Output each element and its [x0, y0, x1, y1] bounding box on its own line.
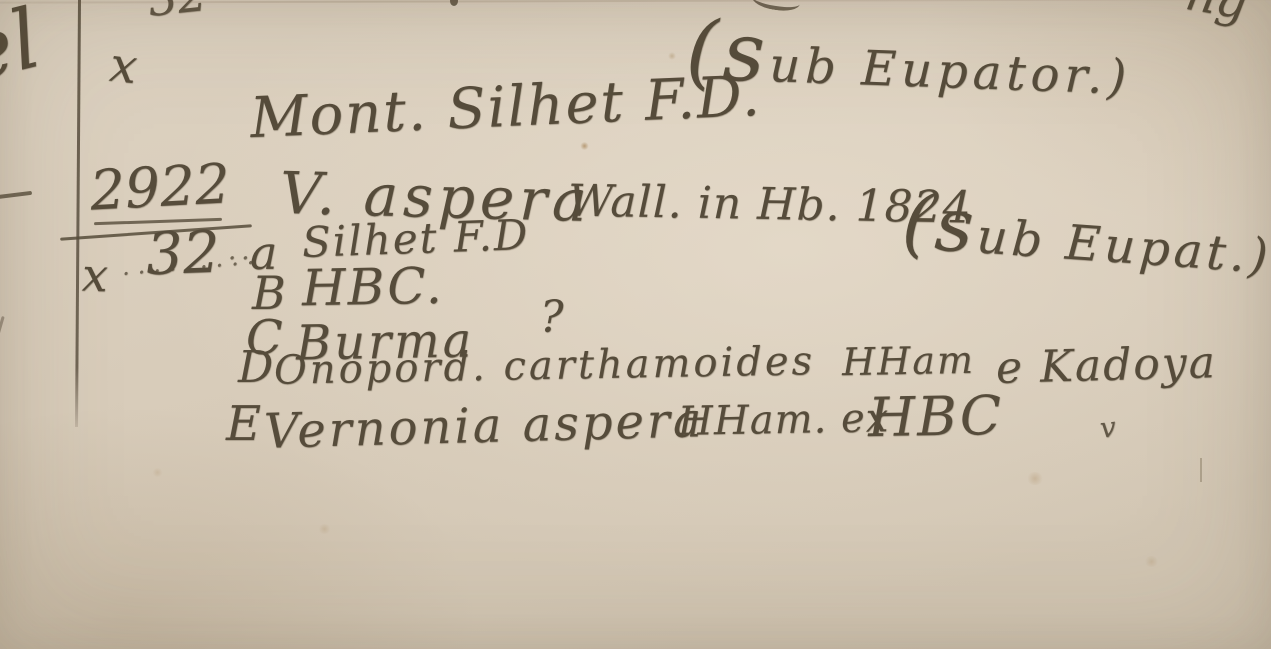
paper-scratch: [1200, 458, 1202, 482]
clipped-text-fragment-top-left: 32: [146, 0, 209, 23]
x-annotation-mark-top: x: [108, 41, 140, 92]
sub-eupat-annotation: (sub Eupat.): [900, 185, 1271, 285]
x-annotation-mark-lower: x: [81, 252, 109, 299]
variant-e-text: Vernonia aspera: [263, 396, 705, 456]
catalogue-number: 2922: [89, 156, 232, 218]
paper-stain: [1144, 556, 1159, 567]
variant-e-origin: HBC: [868, 389, 1004, 445]
variant-d-text: Onopord. carthamoides: [274, 341, 816, 390]
check-mark: v: [1099, 413, 1118, 443]
variant-d-origin: e Kadoya: [995, 341, 1217, 391]
variant-e-label: E: [226, 400, 261, 448]
paper-crease-line: [0, 0, 1271, 4]
margin-small-stroke: [0, 316, 5, 336]
variant-e-collector: HHam. ex: [678, 398, 890, 442]
clipped-text-fragment-top-right: ng: [1182, 0, 1251, 27]
paper-stain: [152, 468, 163, 477]
variant-c-query-mark: ?: [540, 296, 564, 340]
clipped-text-fragment-left-edge: el: [0, 0, 48, 96]
margin-rule-line: [75, 0, 80, 427]
manuscript-page: 32 ng el x x ········· (sub Eupator.) Mo…: [0, 0, 1271, 649]
paper-stain: [668, 52, 676, 60]
variant-d-label: D: [238, 346, 273, 390]
catalogue-subnumber: 32: [145, 223, 221, 284]
paper-stain: [580, 142, 589, 150]
location-line: Mont. Silhet F.D.: [249, 69, 763, 147]
paper-stain: [318, 524, 331, 534]
paper-stain: [1026, 472, 1044, 485]
variant-b-text: HBC.: [302, 261, 445, 313]
margin-dash-stroke: [0, 191, 32, 199]
variant-d-collector: HHam: [842, 341, 976, 381]
